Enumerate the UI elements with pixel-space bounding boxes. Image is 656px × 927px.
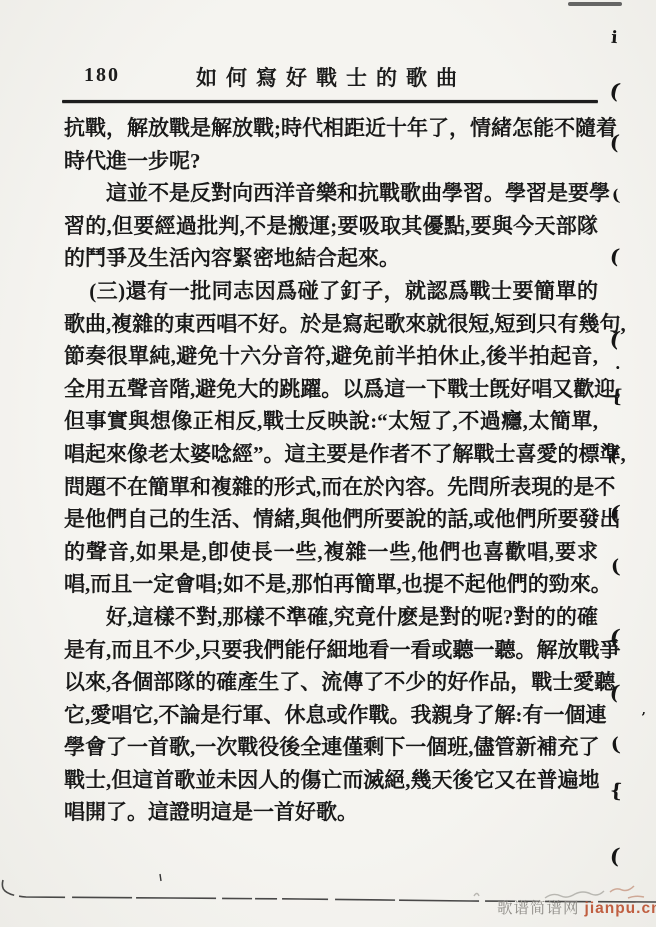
text-line: 時代進一步呢? [64,145,598,178]
binding-mark: { [610,388,623,407]
binding-mark: ( [609,845,621,867]
text-line: 以來,各個部隊的確產生了、流傳了不少的好作品，戰士愛聽 [64,666,598,699]
text-block: 抗戰，解放戰是解放戰;時代相距近十年了，情緒怎能不隨着時代進一步呢?這並不是反對… [64,112,598,829]
text-line: 抗戰，解放戰是解放戰;時代相距近十年了，情緒怎能不隨着 [64,112,598,145]
text-line: 戰士,但這首歌並未因人的傷亡而滅絕,幾天後它又在普遍地 [64,764,598,797]
text-line: 習的,但要經過批判,不是搬運;要吸取其優點,要與今天部隊 [64,210,598,243]
text-line: 唱開了。這證明這是一首好歌。 [64,796,598,829]
text-line: 的聲音,如果是,卽使長一些,複雜一些,他們也喜歡唱,要求 [64,536,598,569]
binding-mark: ( [610,558,621,578]
watermark-site-url: jianpu.cn [585,900,656,917]
header-rule [62,100,598,103]
top-edge-streak [568,2,622,6]
binding-mark: ʼ [641,712,646,725]
text-line: 全用五聲音階,避免大的跳躍。以爲這一下戰士旣好唱又歡迎, [64,373,598,406]
text-line: 節奏很單純,避免十六分音符,避免前半拍休止,後半拍起音, [64,340,598,373]
text-line: 好,這樣不對,那樣不準確,究竟什麽是對的呢?對的的確 [64,601,598,634]
text-line: 這並不是反對向西洋音樂和抗戰歌曲學習。學習是要學 [64,177,598,210]
binding-mark: { [609,782,623,802]
text-line: 唱起來像老太婆唸經”。這主要是作者不了解戰士喜愛的標準, [64,438,598,471]
text-line: 的鬥爭及生活內容緊密地結合起來。 [64,242,598,275]
binding-mark: ( [608,681,621,702]
text-line: 是有,而且不少,只要我們能仔細地看一看或聽一聽。解放戰爭 [64,634,598,667]
binding-mark: ( [611,187,621,204]
binding-mark: ( [609,245,621,266]
book-page: 180 如何寫好戰士的歌曲 抗戰，解放戰是解放戰;時代相距近十年了，情緒怎能不隨… [0,0,656,927]
text-line: 但事實與想像正相反,戰士反映說:“太短了,不過癮,太簡單, [64,405,598,438]
page-title: 如何寫好戰士的歌曲 [64,62,598,92]
text-line: 是他們自己的生活、情緒,與他們所要說的話,或他們所要發出 [64,503,598,536]
binding-mark: ( [608,79,622,102]
watermark-site-name: 歌谱简谱网 [497,900,580,917]
binding-mark: ( [609,132,621,153]
binding-mark: i [610,30,618,47]
watermark: 歌谱简谱网jianpu.cn [497,896,656,918]
text-line: (三)還有一批同志因爲碰了釘子，就認爲戰士要簡單的 [64,275,598,308]
binding-mark: ( [608,327,621,349]
text-line: 學會了一首歌,一次戰役後全連僅剩下一個班,儘管新補充了 [64,731,598,764]
text-line: 歌曲,複雜的東西唱不好。於是寫起歌來就很短,短到只有幾句, [64,308,598,341]
binding-mark: · [615,360,621,376]
text-line: 問題不在簡單和複雜的形式,而在於內容。先問所表現的是不 [64,471,598,504]
text-line: 唱,而且一定會唱;如不是,那怕再簡單,也提不起他們的勁來。 [64,568,598,601]
binding-mark: ( [610,735,622,755]
text-line: 它,愛唱它,不論是行軍、休息或作戰。我親身了解:有一個連 [64,699,598,732]
